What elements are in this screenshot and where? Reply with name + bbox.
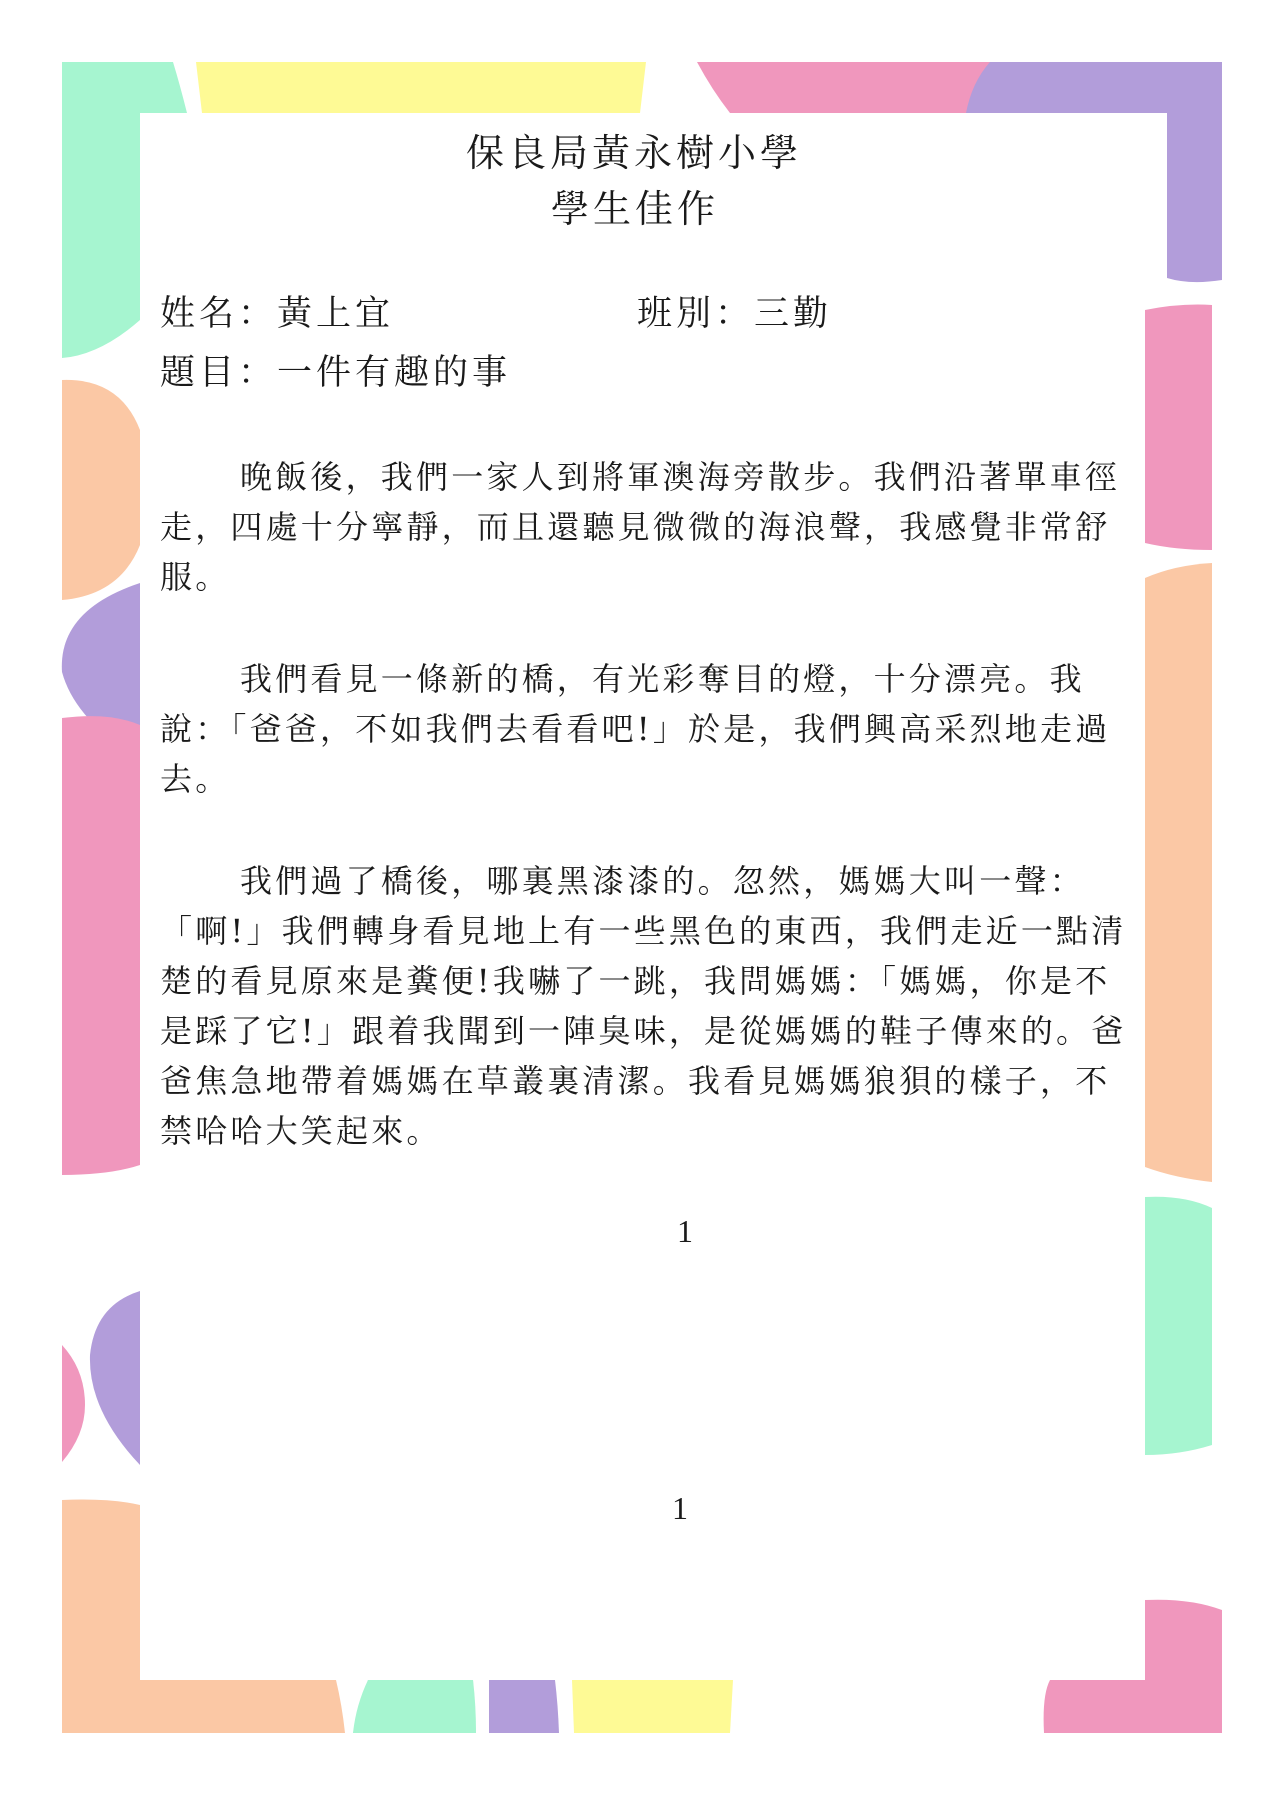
school-name-heading: 保良局黃永樹小學 (0, 134, 1274, 172)
essay-topic: 題目：一件有趣的事 (160, 356, 511, 391)
essay-paragraph-1: 晚飯後，我們一家人到將軍澳海旁散步。我們沿著單車徑走，四處十分寧靜，而且還聽見微… (160, 452, 1135, 602)
essay-paragraph-3: 我們過了橋後，哪裏黑漆漆的。忽然，媽媽大叫一聲：「啊!」我們轉身看見地上有一些黑… (160, 856, 1135, 1156)
page-number: 1 (677, 1215, 693, 1247)
subtitle-heading: 學生佳作 (0, 190, 1275, 228)
student-class: 班別：三勤 (637, 297, 832, 332)
essay-paragraph-2: 我們看見一條新的橋，有光彩奪目的燈，十分漂亮。我說：「爸爸，不如我們去看看吧!」… (160, 654, 1135, 804)
student-name: 姓名：黃上宜 (160, 297, 394, 332)
page-number-footer: 1 (672, 1492, 688, 1524)
essay-document: 保良局黃永樹小學 學生佳作 姓名：黃上宜 班別：三勤 題目：一件有趣的事 晚飯後… (0, 0, 1280, 1810)
